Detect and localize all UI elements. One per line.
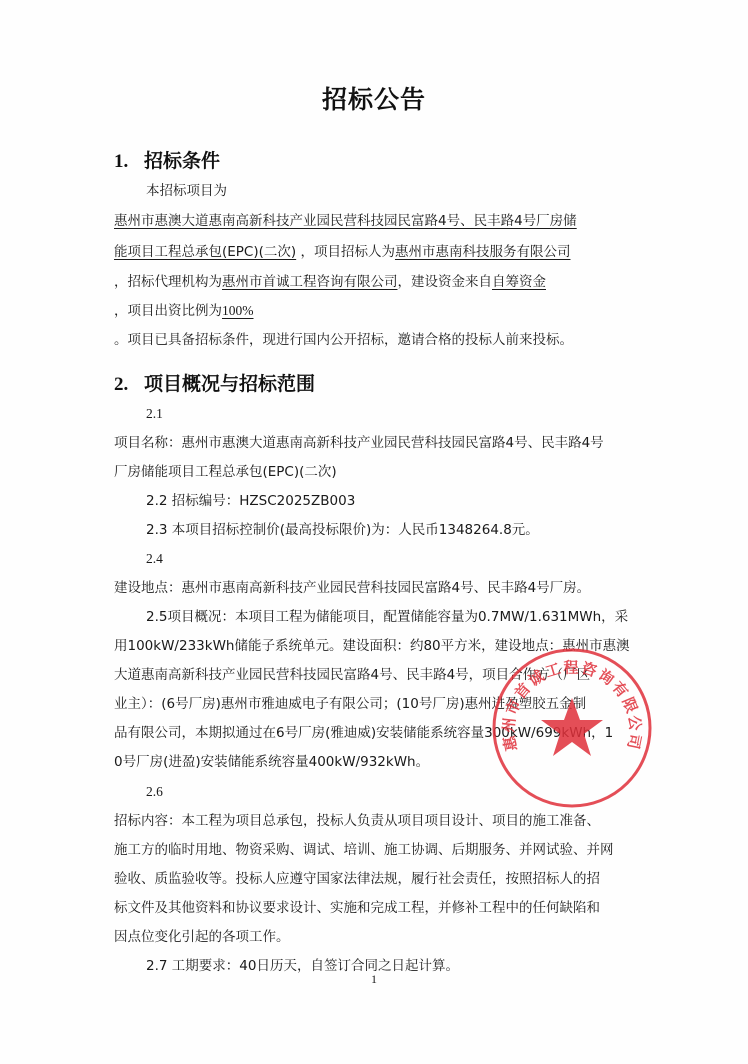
item-2-1-line2: 厂房储能项目工程总承包(EPC)(二次)	[114, 463, 337, 481]
agency-line: ，招标代理机构为惠州市首诚工程咨询有限公司，建设资金来自自筹资金	[114, 273, 546, 291]
item-2-5-line4: 业主）：(6号厂房)惠州市雅迪威电子有限公司；(10号厂房)惠州进盈塑胶五金制	[114, 695, 586, 713]
project-name-line1: 惠州市惠澳大道惠南高新科技产业园民营科技园民富路4号、民丰路4号厂房储	[114, 212, 577, 230]
item-2-1-number: 2.1	[146, 405, 163, 423]
item-2-6-line3: 验收、质监验收等。投标人应遵守国家法律法规，履行社会责任，按照招标人的招	[114, 870, 600, 888]
item-2-5-line6: 0号厂房(进盈)安装储能系统容量400kW/932kWh。	[114, 753, 429, 771]
intro-text: 本招标项目为	[146, 182, 227, 200]
item-2-3-control-price: 2.3 本项目招标控制价(最高投标限价)为：人民币1348264.8元。	[146, 521, 539, 539]
item-2-5-line3: 大道惠南高新科技产业园民营科技园民富路4号、民丰路4号，项目合作方（厂区	[114, 666, 590, 684]
document-page: 招标公告 1.招标条件 本招标项目为 惠州市惠澳大道惠南高新科技产业园民营科技园…	[0, 0, 748, 1064]
ratio-line: ，项目出资比例为100%	[114, 302, 254, 320]
item-2-6-line4: 标文件及其他资料和协议要求设计、实施和完成工程，并修补工程中的任何缺陷和	[114, 899, 600, 917]
project-name-line2: 能项目工程总承包(EPC)(二次) ，项目招标人为惠州市惠南科技服务有限公司	[114, 243, 570, 261]
item-2-6-number: 2.6	[146, 783, 163, 801]
item-2-4-location: 建设地点：惠州市惠南高新科技产业园民营科技园民富路4号、民丰路4号厂房。	[114, 579, 590, 597]
item-2-6-line2: 施工方的临时用地、物资采购、调试、培训、施工协调、后期服务、并网试验、并网	[114, 841, 614, 859]
item-2-5-line5: 品有限公司，本期拟通过在6号厂房(雅迪威)安装储能系统容量300kW/699kW…	[114, 724, 613, 742]
section-heading-2: 2.项目概况与招标范围	[114, 369, 315, 396]
item-2-6-line1: 招标内容：本工程为项目总承包，投标人负责从项目项目设计、项目的施工准备、	[114, 812, 600, 830]
item-2-1-line1: 项目名称：惠州市惠澳大道惠南高新科技产业园民营科技园民富路4号、民丰路4号	[114, 434, 604, 452]
closing-line: 。项目已具备招标条件，现进行国内公开招标，邀请合格的投标人前来投标。	[114, 331, 573, 349]
page-title: 招标公告	[0, 80, 748, 116]
tenderer-name: 惠州市惠南科技服务有限公司	[395, 244, 571, 260]
item-2-2-bid-number: 2.2 招标编号：HZSC2025ZB003	[146, 492, 355, 510]
item-2-5-line2: 用100kW/233kWh储能子系统单元。建设面积：约80平方米，建设地点：惠州…	[114, 637, 630, 655]
item-2-4-number: 2.4	[146, 550, 163, 568]
page-number: 1	[0, 972, 748, 987]
fund-source: 自筹资金	[492, 274, 546, 290]
funding-ratio: 100%	[222, 303, 254, 318]
agency-name: 惠州市首诚工程咨询有限公司	[222, 274, 398, 290]
section-heading-1: 1.招标条件	[114, 146, 220, 173]
item-2-5-line1: 2.5项目概况：本项目工程为储能项目，配置储能容量为0.7MW/1.631MWh…	[146, 608, 628, 626]
item-2-6-line5: 因点位变化引起的各项工作。	[114, 928, 290, 946]
